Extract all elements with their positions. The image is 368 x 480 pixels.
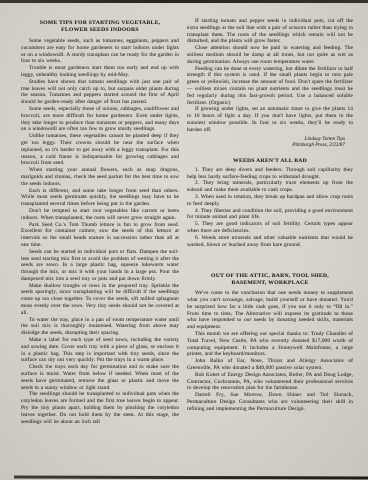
- paragraph: Some vegetable seeds, such as tomatoes, …: [21, 38, 179, 65]
- paragraph: Seeds can be started in individual pots …: [21, 249, 179, 283]
- newsletter-page: SOME TIPS FOR STARTING VEGETABLE, FLOWER…: [0, 0, 368, 480]
- paragraph: Bob Kobet of Energy Design Associates, B…: [187, 372, 353, 392]
- paragraph: Trouble is most gardeners start them too…: [21, 65, 179, 79]
- paragraph: Studies have shown that tomato seedlings…: [21, 79, 179, 106]
- attribution-source: Pittsburgh Press, 2/22/87: [187, 142, 345, 149]
- paragraph: Some seeds, especially those of onions, …: [21, 106, 179, 133]
- paragraph: Unlike tomatoes, these vegetables cannot…: [21, 133, 179, 167]
- list-item: 6. Weeds store minerals and other valuab…: [187, 235, 353, 249]
- list-item: 1. They are deep divers and feeders. Thr…: [187, 167, 353, 181]
- weeds-article-title: WEEDS AREN'T ALL BAD: [187, 158, 353, 165]
- paragraph: If growing under lights, set an automati…: [187, 106, 353, 133]
- seed-article-title-line1: SOME TIPS FOR STARTING VEGETABLE,: [21, 20, 179, 27]
- right-column: If starting tomato and pepper seeds in i…: [187, 18, 353, 413]
- list-item: 5. They are good indicators of soil fert…: [187, 221, 353, 235]
- list-item: 2. They bring minerals, particularly tra…: [187, 180, 353, 194]
- paragraph: John Balko of Ear, Nose, Throat and Alle…: [187, 358, 353, 372]
- paragraph: To water the tray, place in a pan of roo…: [21, 317, 179, 337]
- paragraph: The seedlings should be transplanted to …: [21, 391, 179, 425]
- paragraph: Close attention should now be paid to wa…: [187, 45, 353, 65]
- paragraph: When starting your annual flowers, such …: [21, 167, 179, 187]
- paragraph: Make shallow troughs or rows in the prep…: [21, 283, 179, 317]
- paragraph: Don't be tempted to start root vegetable…: [21, 208, 179, 222]
- bottom-rule-divider: [14, 476, 368, 480]
- left-column: SOME TIPS FOR STARTING VEGETABLE, FLOWER…: [21, 20, 179, 425]
- list-item: 4. They fiberize and condition the soil,…: [187, 208, 353, 222]
- paragraph: We've come to the conclusion that one ne…: [187, 290, 353, 331]
- attic-article-title-line2: BASEMENT, WORKPLACE: [187, 280, 353, 287]
- seed-article-title-line2: FLOWER SEEDS INDOORS: [21, 27, 179, 34]
- paragraph: Make a label for each type of seed sown,…: [21, 337, 179, 364]
- top-rule-divider: [0, 0, 368, 3]
- paragraph: Darrell Fry, Sue Morrow, Dawn Shiner and…: [187, 392, 353, 412]
- paragraph: Park Seed Co.'s Tom Thumb lettuce is fun…: [21, 222, 179, 249]
- paragraph: Feeding can be done at every watering, b…: [187, 66, 353, 107]
- paragraph: Each is different, and some take longer …: [21, 188, 179, 208]
- paragraph: This month we are offering our special t…: [187, 331, 353, 358]
- list-item: 3. When used in rotation, they break up …: [187, 194, 353, 208]
- paragraph: If starting tomato and pepper seeds in i…: [187, 18, 353, 45]
- paragraph: Check the trays each day for germination…: [21, 364, 179, 391]
